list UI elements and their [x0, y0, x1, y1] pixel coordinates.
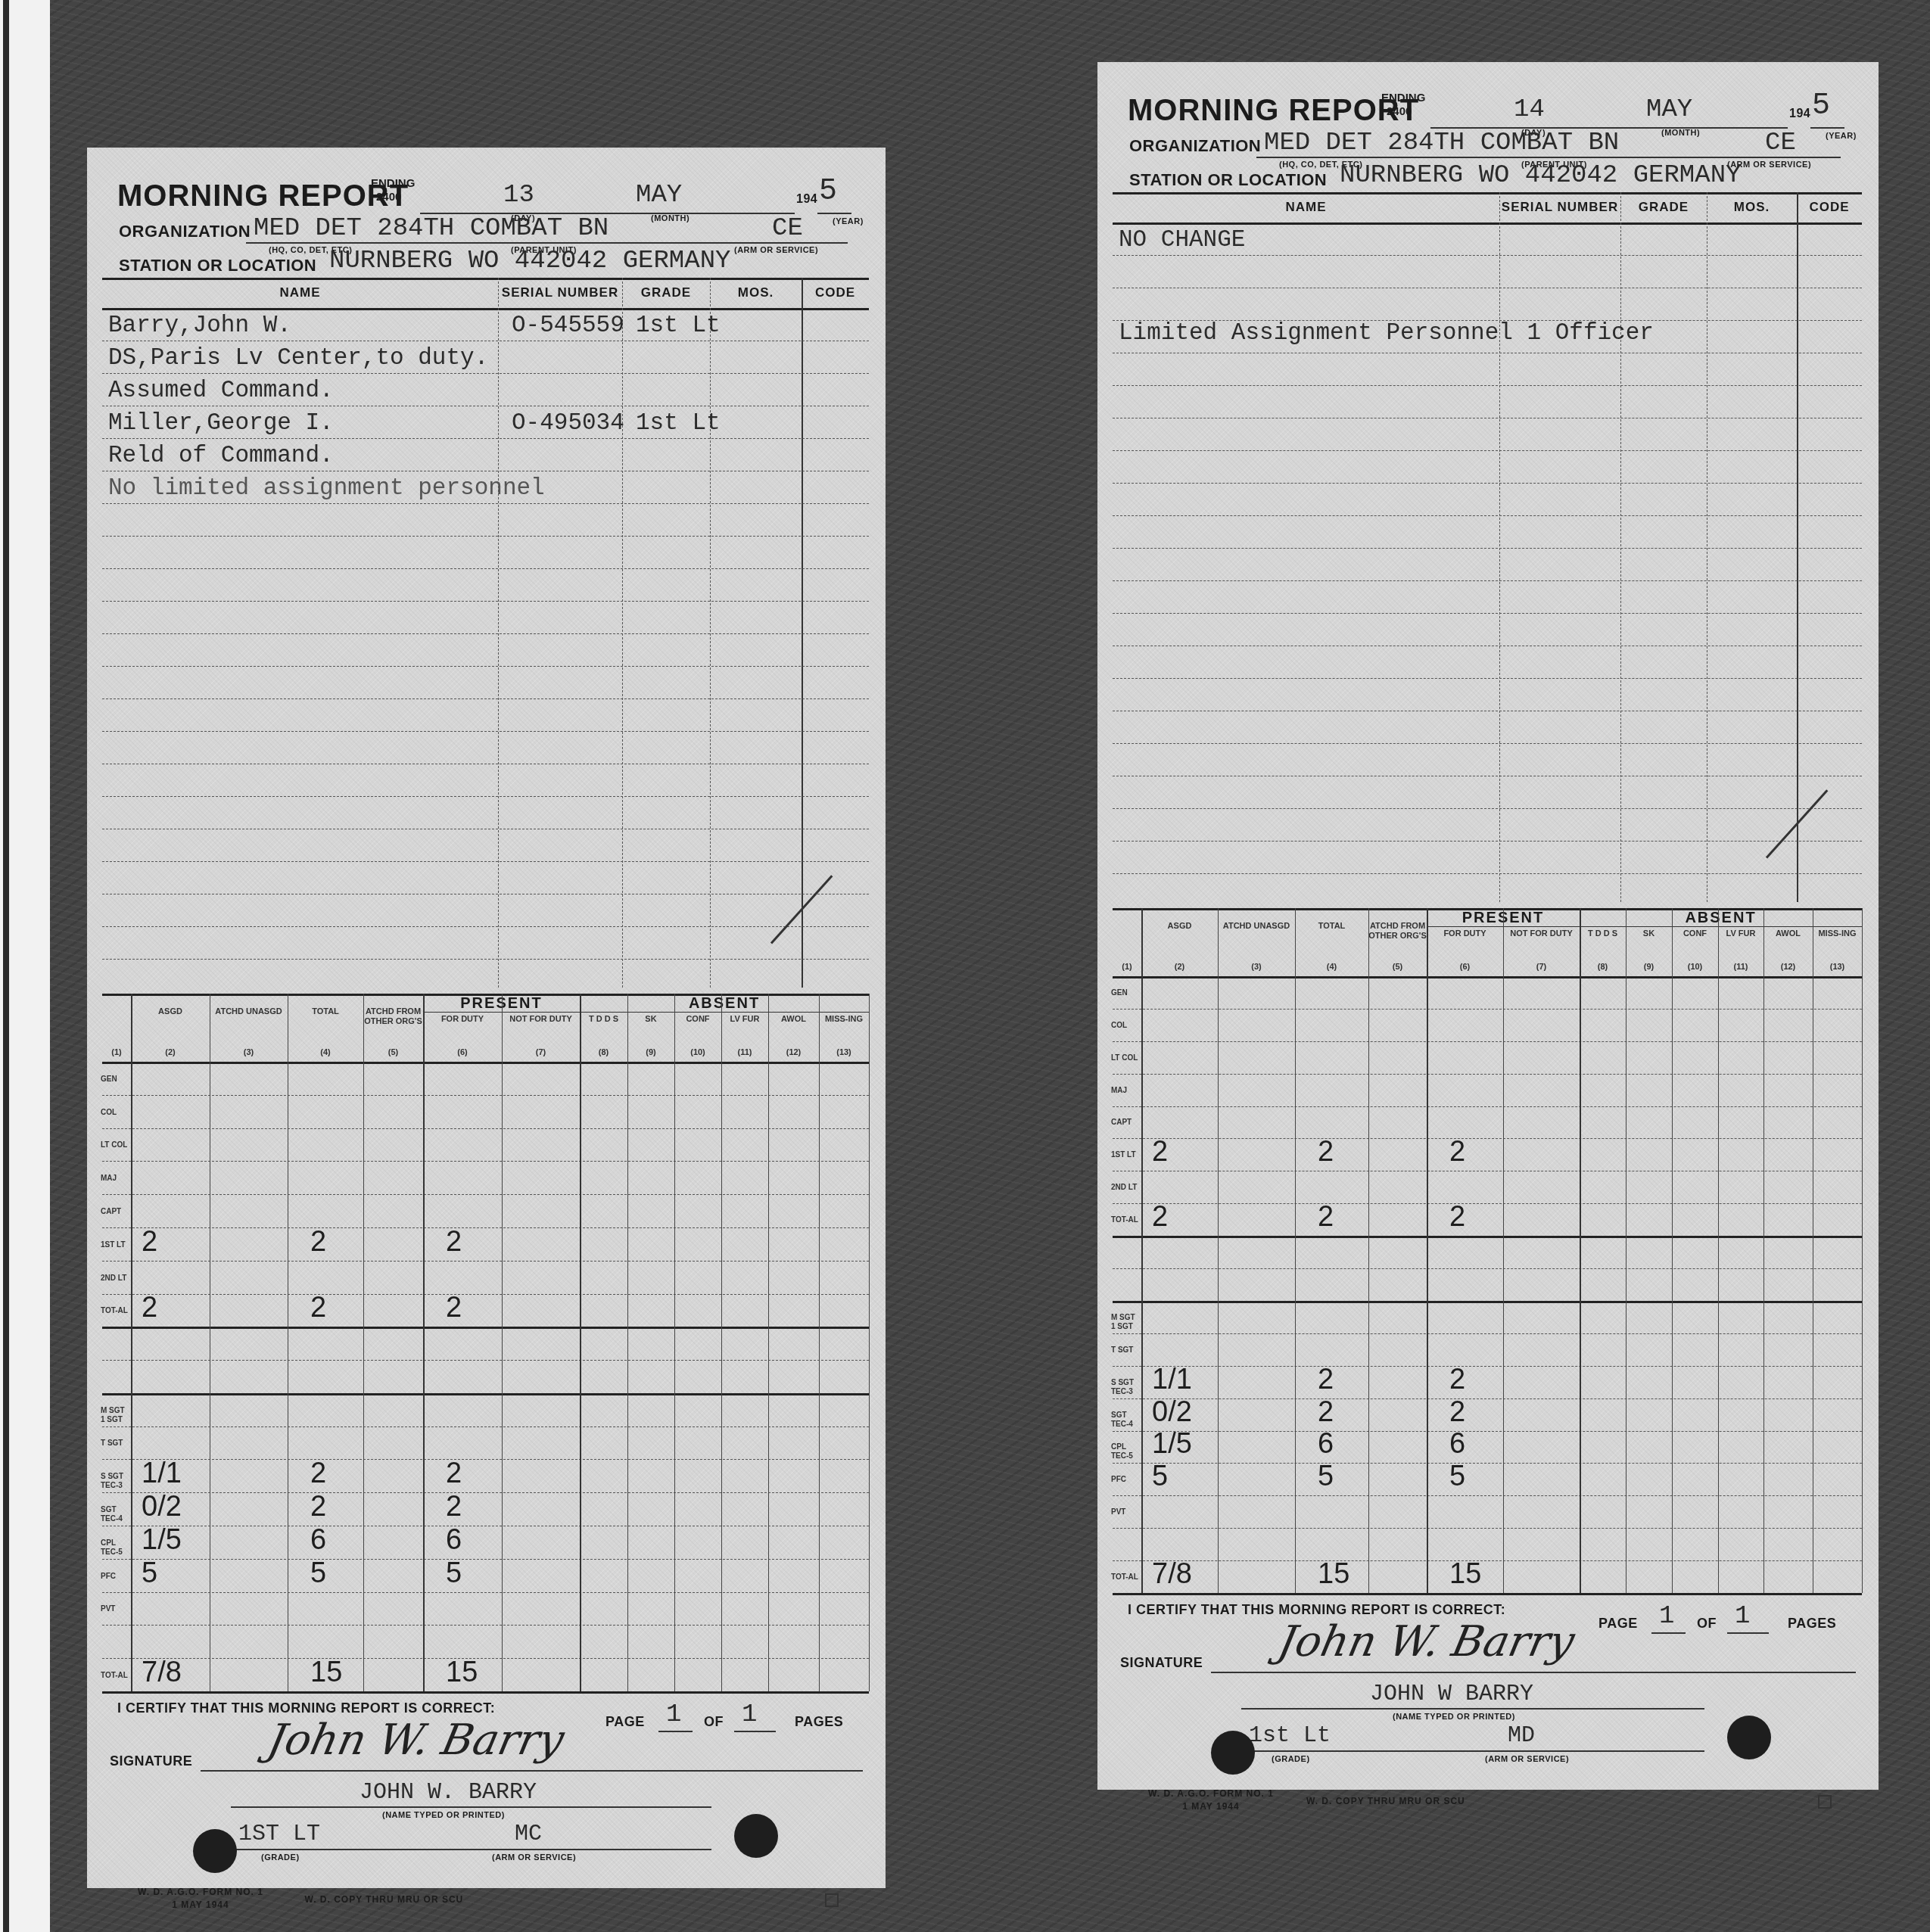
stats-column-divider: [627, 994, 628, 1691]
stats-column-divider: [1368, 908, 1369, 1593]
stats-col-label: T D D S: [1580, 929, 1626, 939]
copy-routing: W. D. COPY THRU MRU OR SCU: [305, 1893, 464, 1906]
narrative-rule: [1113, 385, 1862, 386]
year-prefix: 194: [1789, 107, 1810, 121]
narrative-rule: [102, 829, 869, 829]
stat-asgd-first_lt: 2: [142, 1226, 157, 1258]
narrative-rule: [102, 536, 869, 537]
stats-row-rule: [102, 1161, 869, 1162]
group-absent: ABSENT: [580, 995, 869, 1013]
station-value: NURNBERG WO 442042 GERMANY: [1340, 161, 1742, 190]
morning-report-form-may-13: MORNING REPORTENDING240013(DAY)MAY(MONTH…: [87, 148, 886, 1888]
stats-row-rule: [1113, 1203, 1862, 1204]
grade-caption: (GRADE): [1272, 1755, 1310, 1764]
entry-name: Reld of Command.: [108, 443, 334, 469]
stats-row-label: PVT: [101, 1605, 129, 1614]
stats-row-rule: [1113, 1398, 1862, 1399]
page-label: PAGE: [605, 1714, 645, 1730]
stats-row-label: TOT-AL: [101, 1307, 129, 1316]
typed-name-underline: [1241, 1708, 1704, 1710]
page-label: PAGE: [1598, 1616, 1638, 1632]
stats-row-label: MAJ: [101, 1174, 129, 1184]
certify-statement: I CERTIFY THAT THIS MORNING REPORT IS CO…: [1128, 1602, 1505, 1618]
page-number: 1: [666, 1700, 681, 1729]
narrative-rule: [1113, 711, 1862, 711]
grade-underline: [1241, 1750, 1704, 1752]
stats-col-num-1: (1): [1113, 963, 1141, 972]
pages-underline: [1727, 1632, 1769, 1634]
stats-col-label: MISS-ING: [1813, 929, 1862, 939]
stat-for-duty-cpl_tec5: 6: [1449, 1428, 1465, 1461]
signature-label: SIGNATURE: [110, 1753, 192, 1769]
stat-for-duty-enlisted_total: 15: [446, 1657, 478, 1689]
stats-row-rule: [102, 1658, 869, 1659]
stats-row-rule: [102, 1526, 869, 1526]
narrative-rule: [102, 601, 869, 602]
typed-name-caption: (NAME TYPED OR PRINTED): [1393, 1713, 1515, 1722]
morning-report-form-may-14: MORNING REPORTENDING240014(DAY)MAY(MONTH…: [1097, 62, 1879, 1790]
narrative-rule: [102, 698, 869, 699]
stats-col-num-1: (1): [102, 1048, 131, 1058]
stats-row-rule: [102, 1261, 869, 1262]
narrative-rule: [1113, 288, 1862, 288]
stats-row-label: LT COL: [1111, 1054, 1140, 1063]
narrative-code-divider: [802, 278, 803, 988]
narrative-rule: [1113, 515, 1862, 516]
entry-name: DS,Paris Lv Center,to duty.: [108, 345, 488, 372]
typed-name-caption: (NAME TYPED OR PRINTED): [382, 1811, 505, 1820]
stats-row-label: 2ND LT: [1111, 1184, 1140, 1193]
narrative-rule: [1113, 873, 1862, 874]
stats-row-rule: [102, 1625, 869, 1626]
stats-row-rule: [1113, 1495, 1862, 1496]
stats-col-num: (12): [1763, 963, 1813, 972]
stats-row-label: TOT-AL: [1111, 1216, 1140, 1225]
entry-name: Barry,John W.: [108, 313, 291, 339]
narrative-rule: [102, 959, 869, 960]
corner-checkbox: [825, 1893, 839, 1907]
stat-asgd-sgt_tec4: 0/2: [142, 1491, 182, 1523]
stats-col-label: ASGD: [1141, 922, 1218, 932]
entry-name: Assumed Command.: [108, 378, 334, 404]
ending-label-2: 2400: [376, 191, 401, 204]
ending-label-2: 2400: [1387, 106, 1412, 118]
col-header-grade: GRADE: [622, 285, 710, 300]
col-header-mos: MOS.: [1707, 200, 1797, 215]
narrative-rule: [102, 926, 869, 927]
stats-row-label: 1ST LT: [101, 1241, 129, 1250]
stats-col-num: (8): [580, 1048, 627, 1058]
stat-total-pfc: 5: [310, 1557, 326, 1590]
stats-column-divider: [1218, 908, 1219, 1593]
punch-hole-right: [1727, 1716, 1771, 1759]
form-title: MORNING REPORT: [117, 179, 409, 213]
stats-row-rule: [1113, 1138, 1862, 1139]
month-caption: (MONTH): [1661, 129, 1700, 138]
stats-col-label: SK: [627, 1015, 674, 1025]
stats-column-divider: [1672, 908, 1673, 1593]
entry-grade: 1st Lt: [636, 313, 721, 339]
stats-row-rule: [102, 1294, 869, 1295]
stats-col-num: (3): [1218, 963, 1295, 972]
narrative-column-divider: [710, 278, 711, 988]
narrative-column-divider: [1707, 192, 1707, 902]
stats-row-rule: [1113, 1333, 1862, 1334]
stats-row-label: COL: [101, 1109, 129, 1118]
narrative-rule: [102, 503, 869, 504]
station-label: STATION OR LOCATION: [119, 256, 316, 275]
stats-col-num: (10): [674, 1048, 721, 1058]
stats-column-divider: [580, 994, 581, 1691]
stats-col-label: TOTAL: [288, 1007, 363, 1017]
form-date: 1 MAY 1944: [1113, 1800, 1309, 1812]
stat-asgd-pfc: 5: [142, 1557, 157, 1590]
stats-row-label: M SGT 1 SGT: [1111, 1314, 1140, 1332]
stats-row-rule: [1113, 1106, 1862, 1107]
signature-underline: [201, 1770, 863, 1772]
stats-col-label: FOR DUTY: [423, 1015, 502, 1025]
stat-for-duty-cpl_tec5: 6: [446, 1524, 462, 1557]
stats-row-rule: [1113, 1366, 1862, 1367]
stats-col-label: AWOL: [768, 1015, 819, 1025]
stats-col-num: (12): [768, 1048, 819, 1058]
stat-total-first_lt: 2: [310, 1226, 326, 1258]
stat-total-enlisted_total: 15: [1318, 1558, 1349, 1591]
stats-row-label: S SGT TEC-3: [101, 1473, 129, 1491]
year-digit: 5: [819, 175, 837, 209]
narrative-rule: [1113, 776, 1862, 776]
col-header-name: NAME: [102, 285, 498, 300]
stat-for-duty-sgt_tec4: 2: [446, 1491, 462, 1523]
stats-row-label: CAPT: [101, 1208, 129, 1217]
narrative-rule: [102, 731, 869, 732]
entry-name: Limited Assignment Personnel 1 Officer: [1119, 320, 1654, 347]
stats-col-num: (7): [1503, 963, 1580, 972]
year-underline: [817, 213, 851, 214]
stats-column-divider: [288, 994, 288, 1691]
narrative-column-divider: [1499, 192, 1500, 902]
stats-column-divider: [768, 994, 769, 1691]
stats-col-num: (11): [1718, 963, 1763, 972]
entry-serial: O-545559: [512, 313, 624, 339]
report-day: 14: [1514, 95, 1545, 124]
stats-col-label: LV FUR: [721, 1015, 768, 1025]
stats-col-num: (5): [1368, 963, 1427, 972]
organization-value: MED DET 284TH COMBAT BN: [254, 214, 609, 243]
stats-column-divider: [1141, 908, 1143, 1593]
stats-row-rule: [102, 1327, 869, 1329]
entry-name: No limited assignment personnel: [108, 475, 545, 502]
stat-for-duty-sgt_tec4: 2: [1449, 1396, 1465, 1429]
stats-col-num: (6): [1427, 963, 1503, 972]
stat-asgd-pfc: 5: [1152, 1461, 1168, 1493]
organization-value: MED DET 284TH COMBAT BN: [1264, 129, 1619, 157]
punch-hole-left: [193, 1829, 237, 1873]
stats-row-label: 1ST LT: [1111, 1151, 1140, 1160]
stats-row-label: PFC: [1111, 1476, 1140, 1485]
narrative-rule: [102, 633, 869, 634]
year-caption: (YEAR): [1826, 132, 1857, 141]
stats-row-rule: [1113, 1009, 1862, 1010]
page-underline: [1651, 1632, 1686, 1634]
stats-row-rule: [1113, 1041, 1862, 1042]
stats-row-label: TOT-AL: [1111, 1573, 1140, 1582]
stats-column-divider: [1503, 908, 1504, 1593]
narrative-rule: [1113, 353, 1862, 353]
stats-column-divider: [1718, 908, 1719, 1593]
stat-total-cpl_tec5: 6: [310, 1524, 326, 1557]
stats-row-rule: [102, 1393, 869, 1395]
stat-total-s_sgt_tec3: 2: [1318, 1364, 1334, 1396]
narrative-rule: [1113, 613, 1862, 614]
signature-label: SIGNATURE: [1120, 1655, 1203, 1671]
stats-row-rule: [1113, 1236, 1862, 1238]
narrative-rule: [1113, 646, 1862, 646]
col-header-serial: SERIAL NUMBER: [498, 285, 622, 300]
narrative-rule: [102, 438, 869, 439]
table-top-rule: [1113, 192, 1862, 194]
stats-row-label: CPL TEC-5: [1111, 1443, 1140, 1461]
stats-row-label: COL: [1111, 1022, 1140, 1031]
narrative-rule: [1113, 743, 1862, 744]
narrative-rule: [102, 406, 869, 406]
stats-row-label: M SGT 1 SGT: [101, 1407, 129, 1425]
stats-row-rule: [102, 1592, 869, 1593]
stat-total-sgt_tec4: 2: [1318, 1396, 1334, 1429]
year-caption: (YEAR): [833, 217, 864, 226]
year-underline: [1810, 127, 1844, 129]
stat-for-duty-pfc: 5: [446, 1557, 462, 1590]
stats-row-label: LT COL: [101, 1141, 129, 1150]
stats-row-label: TOT-AL: [101, 1672, 129, 1681]
signer-grade: 1ST LT: [238, 1822, 320, 1847]
page-total: 1: [742, 1700, 757, 1729]
stats-row-label: T SGT: [101, 1439, 129, 1448]
entry-grade: 1st Lt: [636, 410, 721, 437]
stat-asgd-s_sgt_tec3: 1/1: [142, 1458, 182, 1490]
stat-for-duty-officer_total: 2: [1449, 1201, 1465, 1234]
stat-total-pfc: 5: [1318, 1461, 1334, 1493]
stat-for-duty-first_lt: 2: [1449, 1136, 1465, 1168]
entry-name: Miller,George I.: [108, 410, 334, 437]
ending-label-1: ENDING: [1381, 92, 1425, 104]
stats-col-label: FOR DUTY: [1427, 929, 1503, 939]
stats-col-label: ATCHD UNASGD: [210, 1007, 288, 1017]
narrative-rule: [102, 861, 869, 862]
year-digit: 5: [1812, 89, 1830, 123]
stats-head-rule: [1113, 976, 1862, 978]
report-day: 13: [503, 181, 534, 210]
stats-column-divider: [363, 994, 364, 1691]
col-header-grade: GRADE: [1620, 200, 1707, 215]
stat-total-enlisted_total: 15: [310, 1657, 342, 1689]
org-arm-service: CE: [1765, 129, 1796, 157]
arm-service-caption: (ARM OR SERVICE): [1485, 1755, 1569, 1764]
stat-for-duty-first_lt: 2: [446, 1226, 462, 1258]
form-number: W. D. A.G.O. FORM NO. 1: [102, 1886, 299, 1898]
form-number: W. D. A.G.O. FORM NO. 1: [1113, 1787, 1309, 1800]
stats-row-label: PFC: [101, 1573, 129, 1582]
stat-for-duty-officer_total: 2: [446, 1292, 462, 1324]
stat-total-first_lt: 2: [1318, 1136, 1334, 1168]
narrative-rule: [1113, 841, 1862, 842]
stats-column-divider: [1763, 908, 1764, 1593]
stats-row-label: CAPT: [1111, 1118, 1140, 1128]
handwritten-signature: John W. Barry: [263, 1716, 568, 1765]
organization-label: ORGANIZATION: [1129, 136, 1261, 156]
stats-col-label: AWOL: [1763, 929, 1813, 939]
stats-row-label: GEN: [1111, 989, 1140, 998]
table-top-rule: [102, 278, 869, 280]
stat-for-duty-s_sgt_tec3: 2: [1449, 1364, 1465, 1396]
typed-name: JOHN W. BARRY: [360, 1780, 537, 1806]
stats-row-rule: [1113, 1560, 1862, 1561]
year-prefix: 194: [796, 193, 817, 207]
stats-col-label: ATCHD UNASGD: [1218, 922, 1295, 932]
typed-name-underline: [231, 1806, 711, 1808]
organization-label: ORGANIZATION: [119, 222, 251, 241]
stats-column-divider: [1813, 908, 1813, 1593]
stat-asgd-first_lt: 2: [1152, 1136, 1168, 1168]
stats-col-num: (10): [1672, 963, 1718, 972]
stats-row-rule: [102, 1194, 869, 1195]
stats-row-rule: [102, 1128, 869, 1129]
page-total: 1: [1735, 1602, 1750, 1631]
stat-asgd-s_sgt_tec3: 1/1: [1152, 1364, 1192, 1396]
month-caption: (MONTH): [651, 214, 690, 223]
narrative-rule: [102, 568, 869, 569]
punch-hole-right: [734, 1814, 778, 1858]
stats-row-rule: [102, 1691, 869, 1694]
group-absent: ABSENT: [1580, 910, 1862, 927]
stat-asgd-enlisted_total: 7/8: [1152, 1558, 1192, 1591]
stats-row-rule: [102, 1426, 869, 1427]
stat-total-officer_total: 2: [310, 1292, 326, 1324]
stats-col-label: MISS-ING: [819, 1015, 869, 1025]
narrative-code-divider: [1797, 192, 1798, 902]
stat-for-duty-pfc: 5: [1449, 1461, 1465, 1493]
stats-row-label: SGT TEC-4: [1111, 1411, 1140, 1430]
stats-col-label: ATCHD FROM OTHER ORG'S: [1368, 922, 1427, 941]
stats-row-label: MAJ: [1111, 1087, 1140, 1096]
certify-statement: I CERTIFY THAT THIS MORNING REPORT IS CO…: [117, 1700, 495, 1716]
narrative-column-divider: [498, 278, 499, 988]
stats-col-num: (7): [502, 1048, 580, 1058]
stats-col-label: ASGD: [131, 1007, 210, 1017]
stat-total-s_sgt_tec3: 2: [310, 1458, 326, 1490]
narrative-rule: [102, 341, 869, 341]
table-head-rule: [102, 308, 869, 310]
typed-name: JOHN W BARRY: [1370, 1682, 1533, 1707]
stats-col-num: (11): [721, 1048, 768, 1058]
stats-row-rule: [102, 1227, 869, 1228]
stats-col-num: (8): [1580, 963, 1626, 972]
stat-total-cpl_tec5: 6: [1318, 1428, 1334, 1461]
narrative-rule: [1113, 678, 1862, 679]
stats-row-label: PVT: [1111, 1508, 1140, 1517]
stats-row-rule: [1113, 1171, 1862, 1171]
copy-routing: W. D. COPY THRU MRU OR SCU: [1306, 1795, 1465, 1807]
narrative-column-divider: [622, 278, 623, 988]
table-head-rule: [1113, 222, 1862, 225]
stats-col-label: SK: [1626, 929, 1672, 939]
station-value: NURNBERG WO 442042 GERMANY: [329, 247, 731, 275]
stats-col-num: (9): [627, 1048, 674, 1058]
stat-asgd-officer_total: 2: [1152, 1201, 1168, 1234]
stats-row-rule: [102, 1559, 869, 1560]
stats-col-label: TOTAL: [1295, 922, 1368, 932]
ending-label-1: ENDING: [371, 178, 415, 190]
stats-col-num: (4): [288, 1048, 363, 1058]
stats-row-label: S SGT TEC-3: [1111, 1379, 1140, 1397]
narrative-rule: [1113, 418, 1862, 418]
signer-arm-service: MC: [515, 1822, 542, 1847]
stats-col-num: (13): [819, 1048, 869, 1058]
pages-underline: [734, 1731, 776, 1732]
narrative-rule: [102, 666, 869, 667]
stats-column-divider: [1580, 908, 1581, 1593]
narrative-rule: [102, 764, 869, 764]
stats-col-label: LV FUR: [1718, 929, 1763, 939]
col-header-code: CODE: [802, 285, 869, 300]
stats-row-rule: [1113, 1268, 1862, 1269]
stats-column-divider: [674, 994, 675, 1691]
of-label: OF: [1697, 1616, 1717, 1632]
stats-row-rule: [1113, 1593, 1862, 1595]
stats-row-rule: [1113, 1074, 1862, 1075]
narrative-rule: [1113, 580, 1862, 581]
scan-edge-line: [3, 0, 9, 1932]
pages-label: PAGES: [1788, 1616, 1836, 1632]
stats-row-rule: [102, 1095, 869, 1096]
stats-column-divider: [1427, 908, 1428, 1593]
handwritten-signature: John W. Barry: [1274, 1617, 1579, 1666]
grade-underline: [231, 1849, 711, 1850]
stats-col-label: CONF: [1672, 929, 1718, 939]
grade-caption: (GRADE): [261, 1853, 300, 1862]
stats-row-rule: [102, 1492, 869, 1493]
signer-grade: 1st Lt: [1249, 1723, 1331, 1749]
stats-col-num: (9): [1626, 963, 1672, 972]
stats-row-rule: [102, 1360, 869, 1361]
stats-row-label: CPL TEC-5: [101, 1539, 129, 1557]
stats-column-divider: [131, 994, 132, 1691]
stats-col-label: ATCHD FROM OTHER ORG'S: [363, 1007, 423, 1027]
narrative-rule: [102, 796, 869, 797]
stats-column-divider: [1862, 908, 1863, 1593]
col-header-name: NAME: [1113, 200, 1499, 215]
report-month: MAY: [1646, 95, 1692, 124]
arm-service-caption: (ARM OR SERVICE): [492, 1853, 576, 1862]
stats-row-label: T SGT: [1111, 1346, 1140, 1355]
stat-total-sgt_tec4: 2: [310, 1491, 326, 1523]
stats-col-label: T D D S: [580, 1015, 627, 1025]
stats-row-label: GEN: [101, 1075, 129, 1084]
corner-checkbox: [1818, 1795, 1832, 1809]
pages-label: PAGES: [795, 1714, 843, 1730]
stats-row-label: 2ND LT: [101, 1274, 129, 1283]
stats-row-label: SGT TEC-4: [101, 1506, 129, 1524]
stat-total-officer_total: 2: [1318, 1201, 1334, 1234]
punch-hole-left: [1211, 1731, 1255, 1775]
stats-row-rule: [1113, 1431, 1862, 1432]
stats-column-divider: [502, 994, 503, 1691]
stats-col-num: (6): [423, 1048, 502, 1058]
narrative-rule: [1113, 450, 1862, 451]
narrative-rule: [102, 894, 869, 894]
form-title: MORNING REPORT: [1128, 94, 1419, 128]
stats-row-rule: [102, 1459, 869, 1460]
